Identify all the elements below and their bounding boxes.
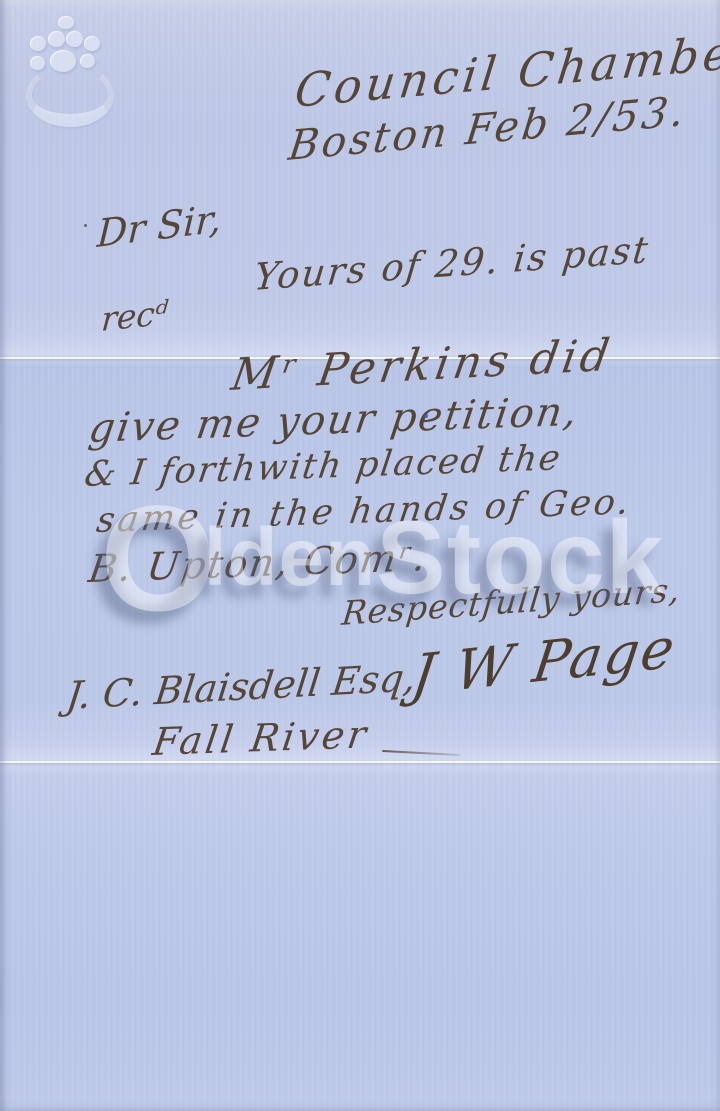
seal-bead: [84, 36, 100, 51]
letter-page: Council Chamber Boston Feb 2/53. Dr Sir,…: [0, 0, 720, 1111]
letter-line-7: B. Upton, Comʳ.: [86, 535, 430, 591]
letter-line-2: recᵈ: [100, 292, 169, 339]
pen-flourish: [382, 750, 460, 756]
recipient-name: J. C. Blaisdell Esq,: [64, 655, 419, 718]
letter-line-1: Yours of 29. is past: [252, 228, 652, 299]
seal-base-arc: [26, 64, 114, 127]
salutation: Dr Sir,: [96, 196, 222, 256]
embossed-crown-seal: [14, 12, 114, 117]
seal-knob: [58, 16, 74, 29]
seal-side: [30, 56, 45, 70]
signature: J W Page: [408, 615, 680, 708]
ink-speck: [84, 224, 87, 227]
fold-crease: [0, 761, 720, 763]
seal-bead: [30, 36, 46, 51]
ink-speck: [424, 414, 428, 418]
recipient-city: Fall River: [150, 712, 372, 764]
seal-bead: [48, 31, 65, 47]
seal-bead: [66, 31, 83, 47]
